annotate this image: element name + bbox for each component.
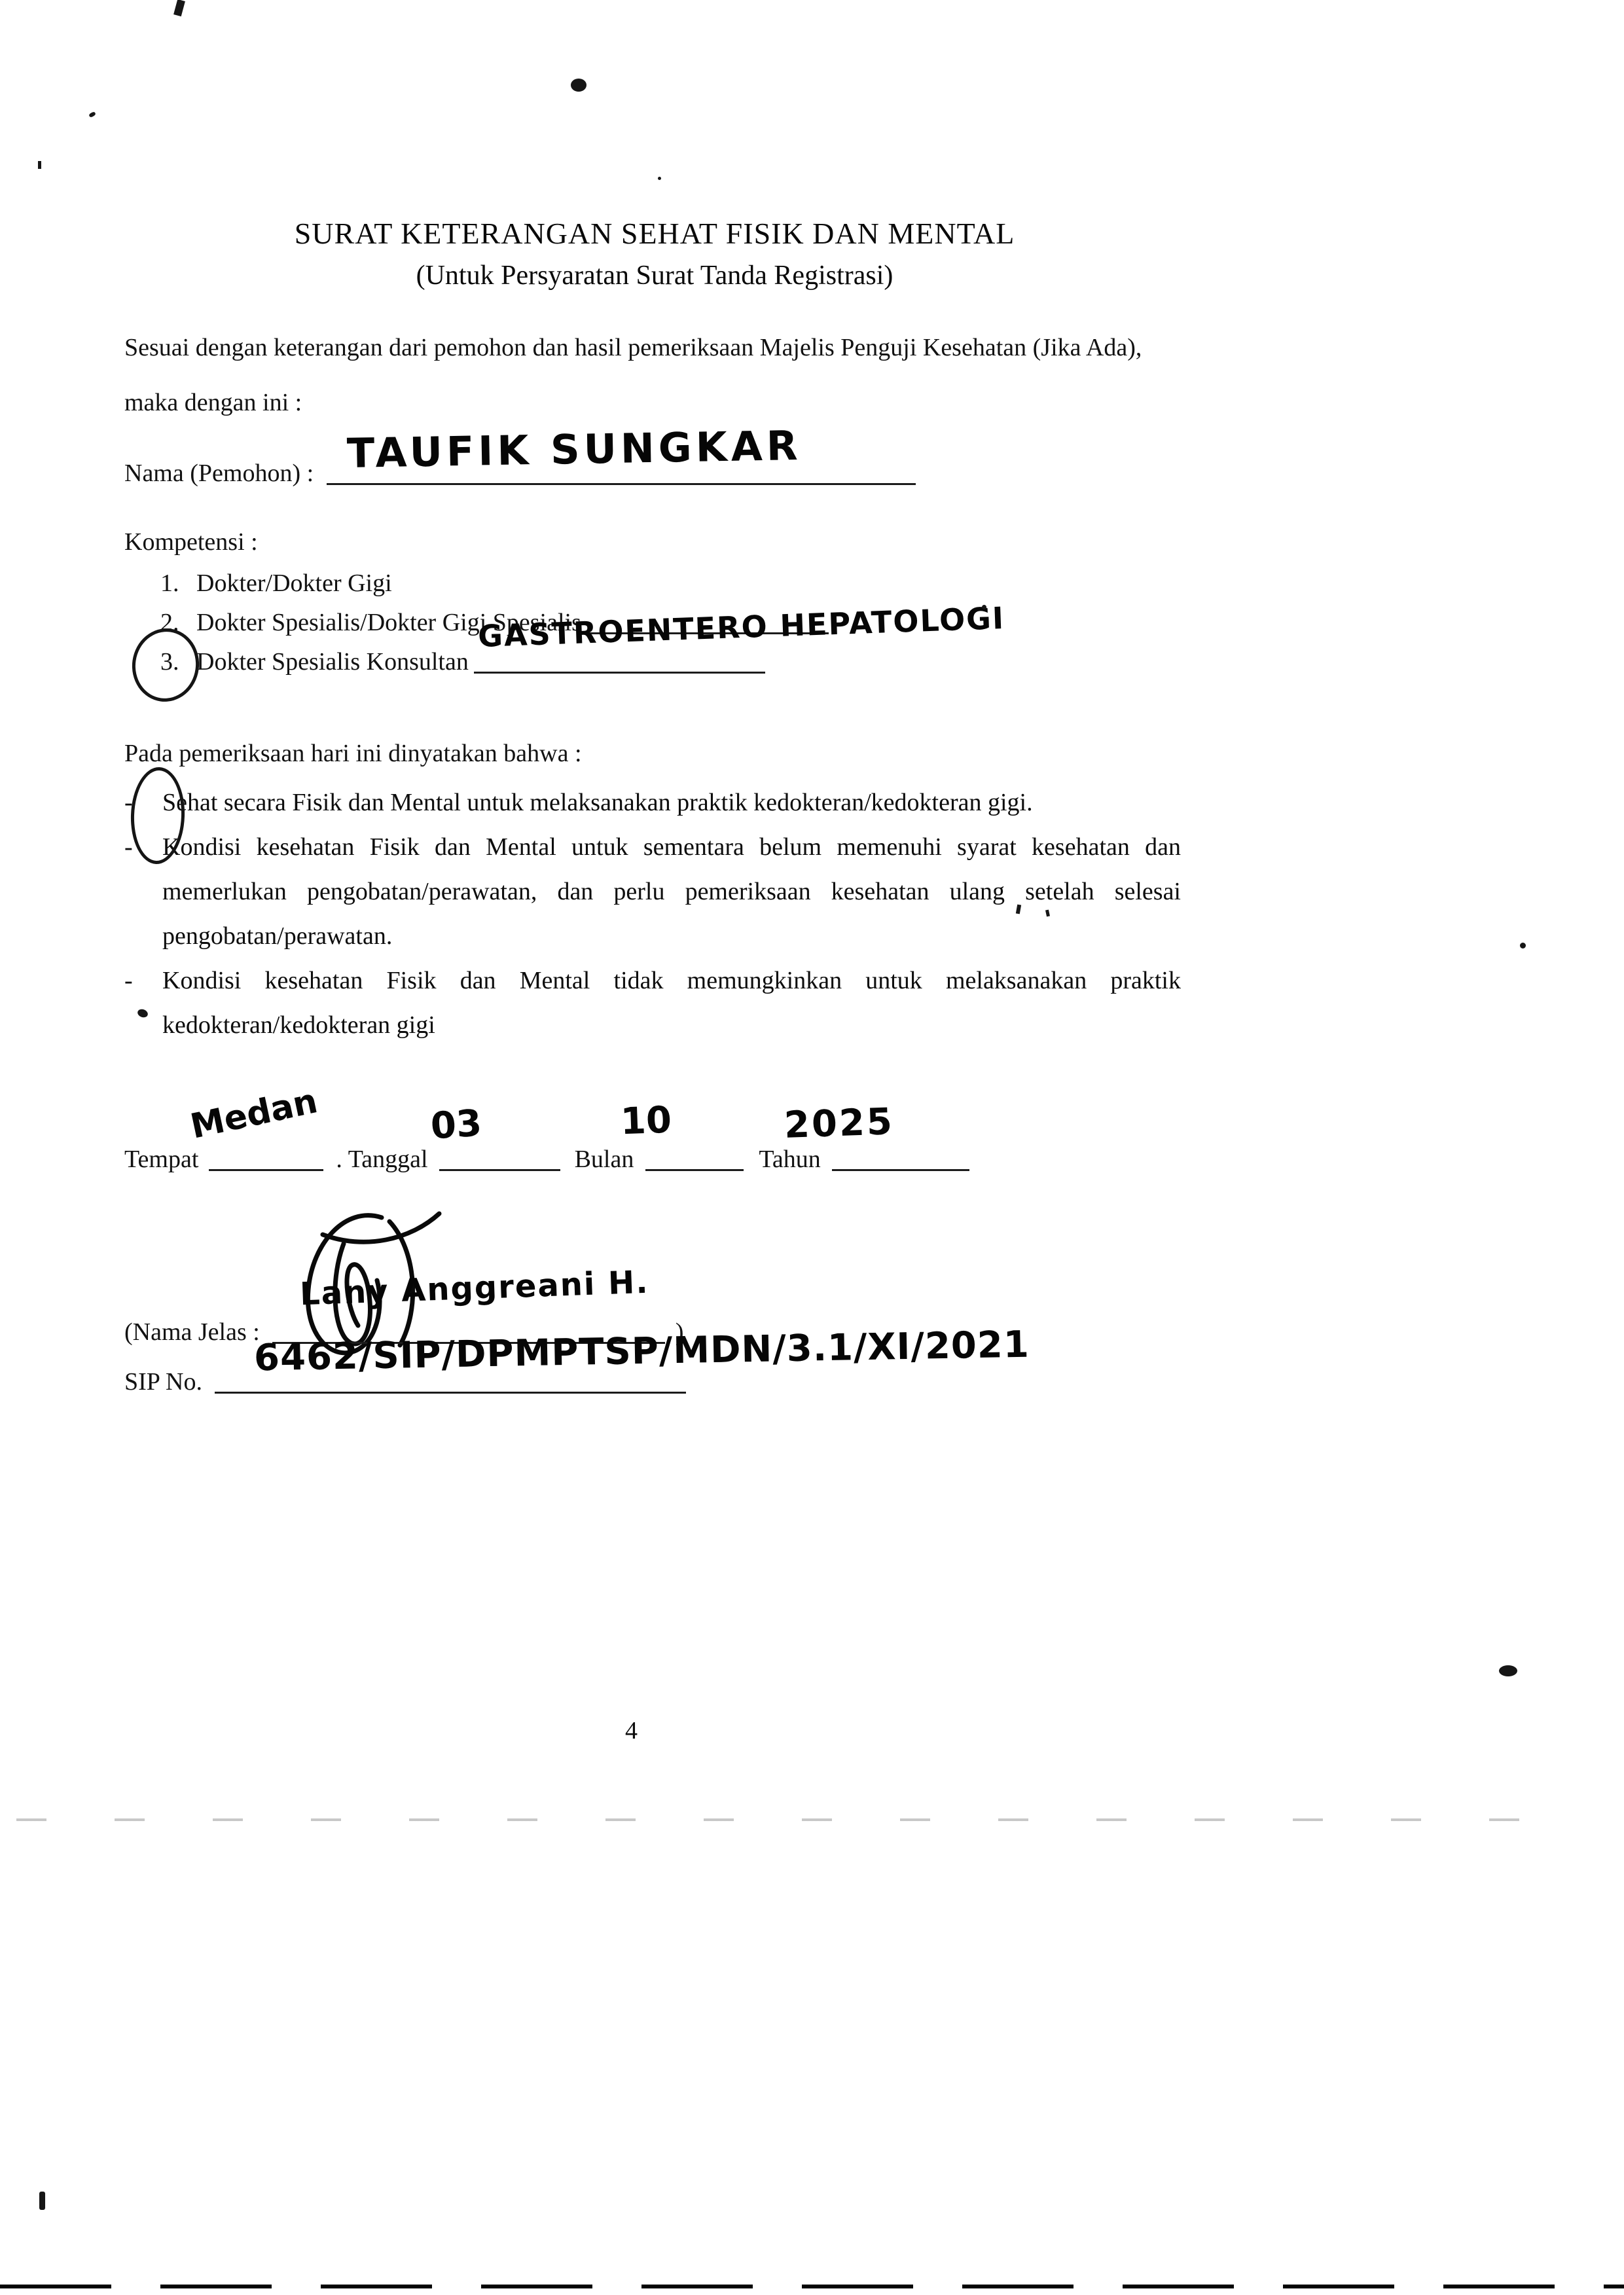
tahun-label: Tahun	[759, 1146, 820, 1173]
scan-artifact-bottom-edge	[0, 2285, 1624, 2288]
blank-line	[209, 1163, 323, 1171]
scan-speckle	[39, 2192, 45, 2210]
blank-line	[832, 1163, 969, 1171]
dash-marker: -	[124, 958, 162, 1003]
blank-line	[327, 477, 916, 485]
statement-healthy: - Sehat secara Fisik dan Mental untuk me…	[124, 780, 1185, 825]
statement-temporary-unfit: - Kondisi kesehatan Fisik dan Mental unt…	[124, 825, 1185, 958]
applicant-name-label: Nama (Pemohon) :	[124, 460, 314, 487]
scan-speckle	[658, 177, 661, 180]
nama-jelas-label: (Nama Jelas :	[124, 1318, 260, 1346]
scan-artifact-dashed-line	[16, 1818, 1587, 1821]
document-title-block: SURAT KETERANGAN SEHAT FISIK DAN MENTAL …	[124, 216, 1185, 291]
scan-speckle	[571, 79, 586, 92]
blank-line	[474, 665, 765, 674]
blank-line	[215, 1385, 686, 1394]
intro-line-2: maka dengan ini :	[124, 388, 302, 419]
sip-number-row: SIP No. 6462/SIP/DPMPTSP/MDN/3.1/XI/2021	[124, 1367, 686, 1398]
applicant-name-row: Nama (Pemohon) : TAUFIK SUNGKAR	[124, 458, 916, 490]
item-label: Dokter Spesialis Konsultan	[196, 647, 469, 678]
statement-text: Sehat secara Fisik dan Mental untuk mela…	[162, 780, 1185, 825]
examination-intro: Pada pemeriksaan hari ini dinyatakan bah…	[124, 738, 582, 770]
tanggal-label: . Tanggal	[336, 1146, 427, 1173]
handwritten-applicant-name: TAUFIK SUNGKAR	[346, 420, 802, 479]
tempat-label: Tempat	[124, 1146, 198, 1173]
handwritten-place: Medan	[187, 1080, 321, 1148]
scan-speckle	[38, 161, 41, 169]
sip-label: SIP No.	[124, 1368, 202, 1396]
statement-unfit: - Kondisi kesehatan Fisik dan Mental tid…	[124, 958, 1185, 1047]
page-number: 4	[625, 1716, 638, 1745]
place-date-row: Tempat . Tanggal Bulan Tahun Medan 03 10…	[124, 1144, 969, 1176]
statement-text: Kondisi kesehatan Fisik dan Mental tidak…	[162, 958, 1185, 1047]
item-label: Dokter/Dokter Gigi	[196, 568, 392, 600]
document-title: SURAT KETERANGAN SEHAT FISIK DAN MENTAL	[124, 216, 1185, 251]
scan-speckle	[88, 111, 96, 118]
scan-speckle	[1520, 943, 1526, 949]
bulan-label: Bulan	[575, 1146, 634, 1173]
scan-speckle	[173, 0, 185, 16]
blank-line	[645, 1163, 744, 1171]
blank-line	[439, 1163, 560, 1171]
handwritten-year: 2025	[784, 1099, 895, 1149]
scan-speckle	[982, 605, 986, 609]
handwritten-day: 03	[429, 1100, 484, 1149]
intro-line-1: Sesuai dengan keterangan dari pemohon da…	[124, 333, 1142, 364]
item-number: 1.	[160, 568, 196, 600]
document-subtitle: (Untuk Persyaratan Surat Tanda Registras…	[124, 260, 1185, 291]
statement-text: Kondisi kesehatan Fisik dan Mental untuk…	[162, 825, 1185, 958]
handwritten-month: 10	[620, 1098, 672, 1146]
kompetensi-item-3: 3. Dokter Spesialis Konsultan GASTROENTE…	[160, 647, 765, 678]
examination-statements: - Sehat secara Fisik dan Mental untuk me…	[124, 780, 1185, 1047]
kompetensi-label: Kompetensi :	[124, 527, 258, 558]
kompetensi-item-1: 1. Dokter/Dokter Gigi	[160, 568, 392, 600]
scanned-document-page: SURAT KETERANGAN SEHAT FISIK DAN MENTAL …	[0, 0, 1624, 2295]
scan-speckle	[1499, 1665, 1517, 1676]
